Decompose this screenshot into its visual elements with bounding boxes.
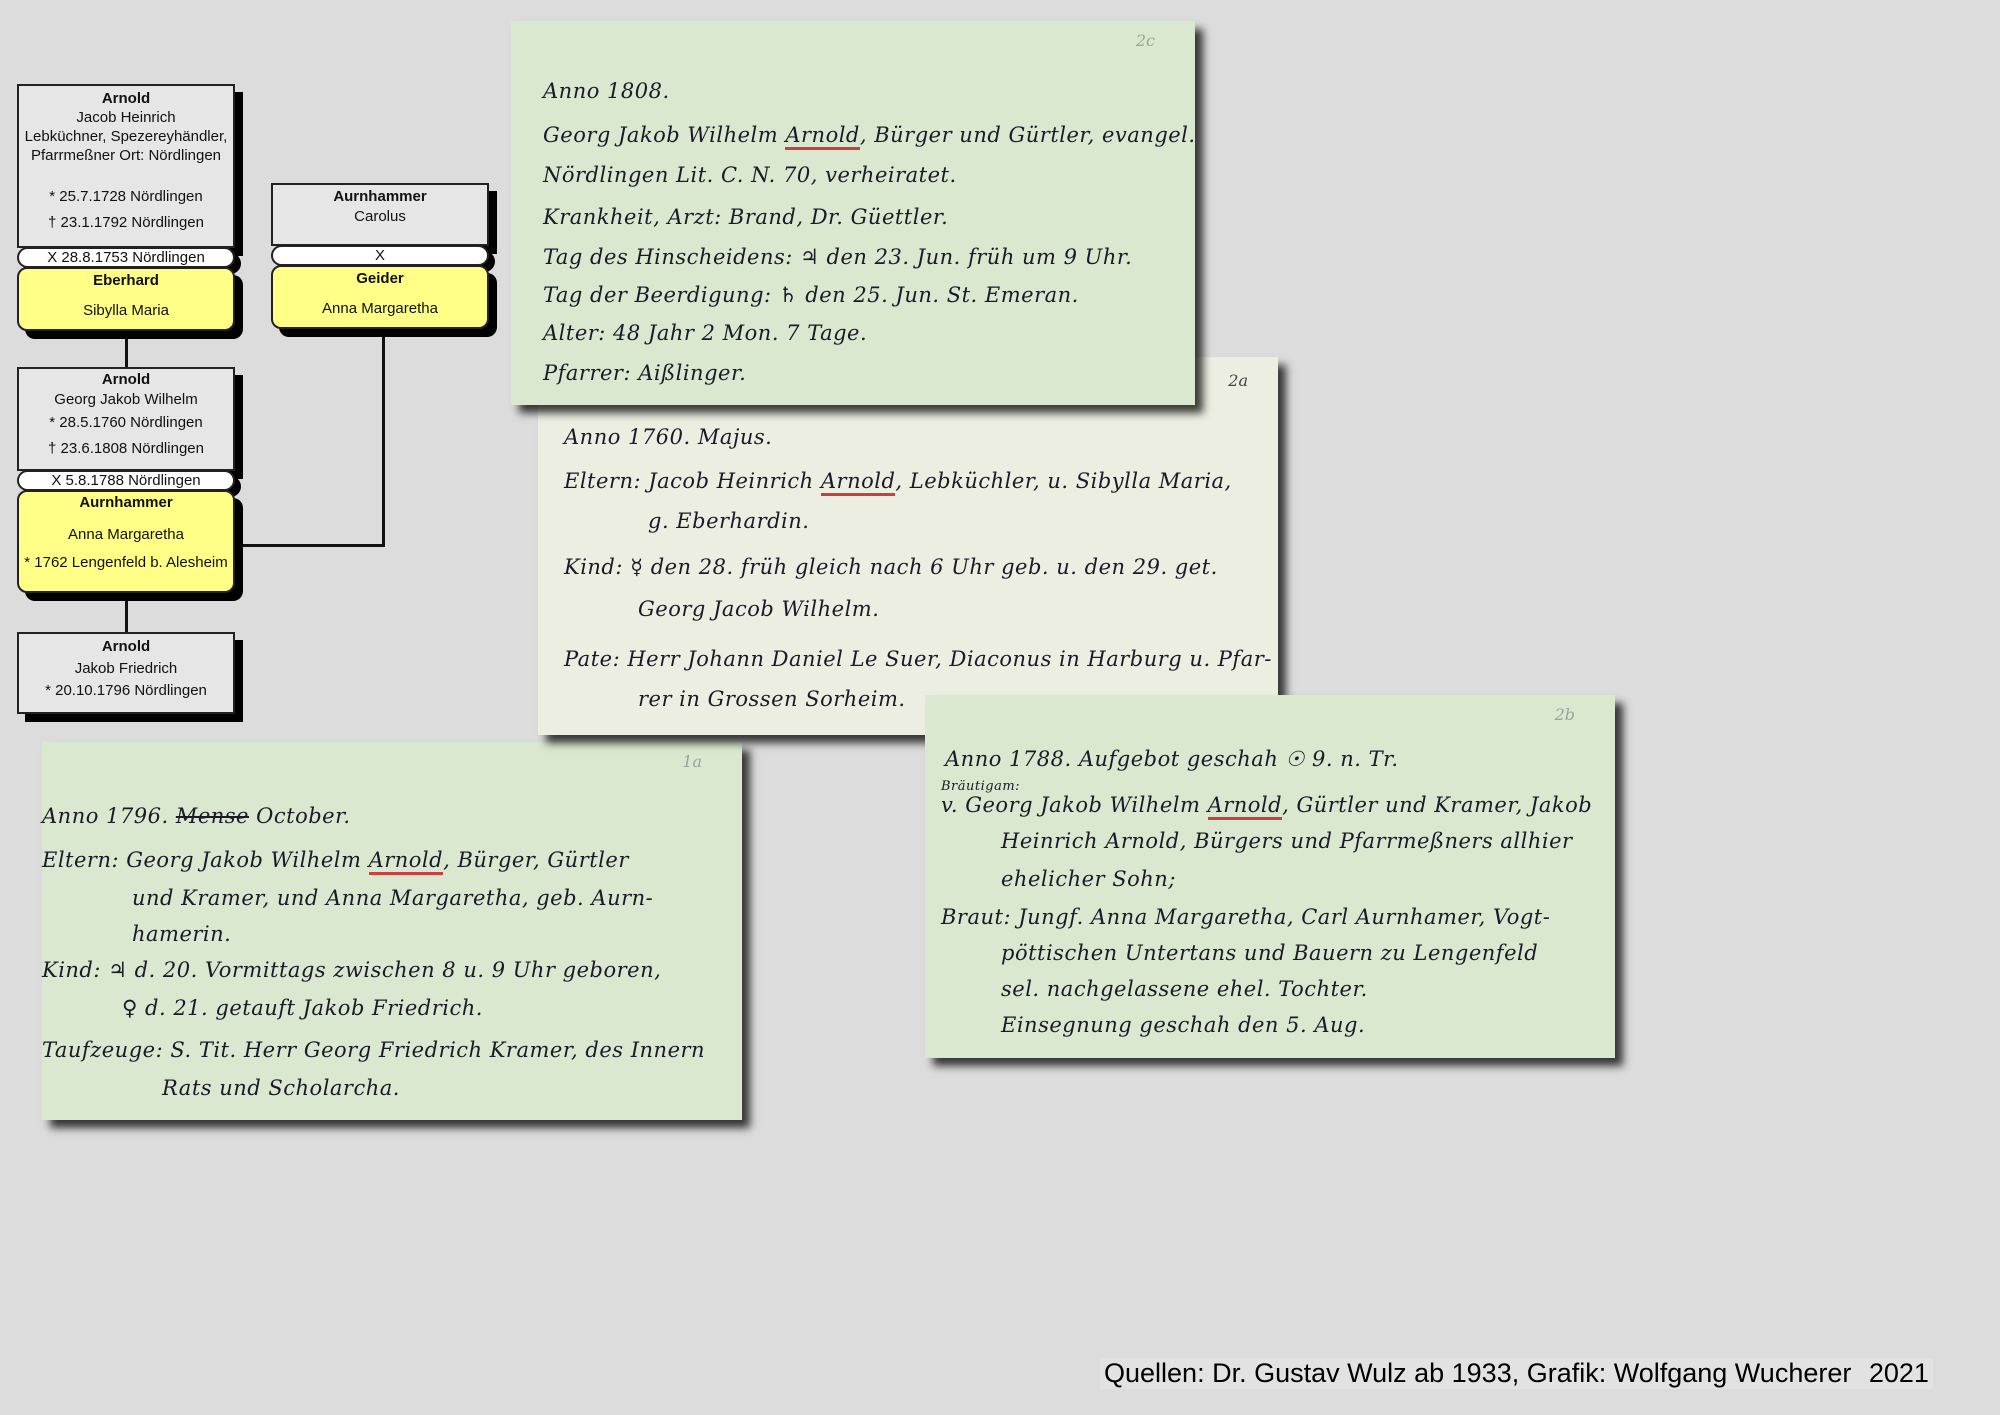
birth-date: * 28.5.1760 Nördlingen	[19, 410, 233, 436]
card-line: Anno 1760. Majus.	[564, 425, 772, 449]
card-line: Pfarrer: Aißlinger.	[543, 361, 746, 385]
card-line: Einsegnung geschah den 5. Aug.	[1001, 1013, 1365, 1037]
surname: Arnold	[19, 89, 233, 108]
given-name: Jakob Friedrich	[19, 658, 233, 680]
card-line: v. Georg Jakob Wilhelm Arnold, Gürtler u…	[941, 793, 1592, 817]
occupation: Pfarrmeßner Ort: Nördlingen	[19, 146, 233, 165]
person-box-georg-jakob-wilhelm-arnold[interactable]: Arnold Georg Jakob Wilhelm * 28.5.1760 N…	[17, 367, 235, 471]
surname: Aurnhammer	[19, 494, 233, 512]
highlighted-surname: Arnold	[369, 848, 444, 875]
card-line: Anno 1788. Aufgebot geschah ☉ 9. n. Tr.	[945, 747, 1399, 771]
card-line: Pate: Herr Johann Daniel Le Suer, Diacon…	[564, 647, 1272, 671]
page-number: 2b	[1555, 705, 1575, 724]
given-name: Sibylla Maria	[19, 291, 233, 331]
record-card-birth-1796[interactable]: 1a Anno 1796. Mense October. Eltern: Geo…	[42, 742, 742, 1120]
card-line: Rats und Scholarcha.	[162, 1076, 400, 1100]
given-name: Georg Jakob Wilhelm	[19, 390, 233, 410]
card-line: Kind: ♃ d. 20. Vormittags zwischen 8 u. …	[42, 958, 661, 982]
connector-parents-to-child	[125, 597, 128, 632]
card-line: Braut: Jungf. Anna Margaretha, Carl Aurn…	[941, 905, 1550, 929]
person-box-jakob-friedrich-arnold[interactable]: Arnold Jakob Friedrich * 20.10.1796 Nörd…	[17, 632, 235, 714]
given-name: Carolus	[273, 207, 487, 227]
marriage-label: X 5.8.1788 Nördlingen	[17, 470, 235, 491]
surname: Aurnhammer	[273, 187, 487, 207]
death-date: † 23.6.1808 Nördlingen	[19, 436, 233, 462]
card-line: Krankheit, Arzt: Brand, Dr. Güettler.	[543, 205, 948, 229]
page-number: 2a	[1228, 371, 1248, 390]
given-name: Anna Margaretha	[273, 289, 487, 329]
credits-footer: Quellen: Dr. Gustav Wulz ab 1933, Grafik…	[1100, 1358, 1933, 1389]
card-line: Bräutigam:	[941, 779, 1020, 794]
person-box-anna-margaretha-geider[interactable]: Geider Anna Margaretha	[271, 265, 489, 329]
card-line: Anno 1808.	[543, 79, 670, 103]
card-line: sel. nachgelassene ehel. Tochter.	[1001, 977, 1368, 1001]
birth-date: * 20.10.1796 Nördlingen	[19, 680, 233, 702]
person-box-sibylla-maria-eberhard[interactable]: Eberhard Sibylla Maria	[17, 267, 235, 331]
connector-maternal-grandparents-vertical	[382, 333, 385, 547]
record-card-death-1808[interactable]: 2c Anno 1808. Georg Jakob Wilhelm Arnold…	[511, 21, 1195, 405]
page-number: 1a	[682, 752, 702, 771]
card-line: Georg Jakob Wilhelm Arnold, Bürger und G…	[543, 123, 1196, 147]
credits-text: Quellen: Dr. Gustav Wulz ab 1933, Grafik…	[1104, 1358, 1851, 1388]
page-number: 2c	[1136, 31, 1155, 50]
card-line: und Kramer, und Anna Margaretha, geb. Au…	[132, 886, 653, 910]
connector-maternal-grandparents-horizontal	[237, 544, 385, 547]
card-line: Taufzeuge: S. Tit. Herr Georg Friedrich …	[42, 1038, 705, 1062]
struck-word: Mense	[176, 804, 249, 828]
card-line: Tag der Beerdigung: ♄ den 25. Jun. St. E…	[543, 283, 1079, 307]
card-line: Anno 1796. Mense October.	[42, 804, 351, 828]
card-line: Eltern: Georg Jakob Wilhelm Arnold, Bürg…	[42, 848, 629, 872]
card-line: ♀ d. 21. getauft Jakob Friedrich.	[122, 996, 483, 1020]
card-line: Eltern: Jacob Heinrich Arnold, Lebküchle…	[564, 469, 1232, 493]
person-box-jacob-heinrich-arnold[interactable]: Arnold Jacob Heinrich Lebküchner, Spezer…	[17, 84, 235, 248]
record-card-birth-1760[interactable]: 2a Anno 1760. Majus. Eltern: Jacob Heinr…	[538, 357, 1278, 735]
death-date: † 23.1.1792 Nördlingen	[19, 210, 233, 236]
card-line: Kind: ☿ den 28. früh gleich nach 6 Uhr g…	[564, 555, 1218, 579]
card-line: Tag des Hinscheidens: ♃ den 23. Jun. frü…	[543, 245, 1132, 269]
birth-date: * 25.7.1728 Nördlingen	[19, 184, 233, 210]
card-line: hamerin.	[132, 922, 231, 946]
year: 2021	[1869, 1358, 1929, 1388]
person-box-anna-margaretha-aurnhammer[interactable]: Aurnhammer Anna Margaretha * 1762 Lengen…	[17, 490, 235, 593]
card-line: g. Eberhardin.	[648, 509, 809, 533]
marriage-label: X 28.8.1753 Nördlingen	[17, 247, 235, 268]
card-line: Alter: 48 Jahr 2 Mon. 7 Tage.	[543, 321, 867, 345]
surname: Arnold	[19, 636, 233, 658]
birth-date: * 1762 Lengenfeld b. Alesheim	[19, 550, 233, 576]
connector-grandparents-to-father	[125, 335, 128, 368]
highlighted-surname: Arnold	[1208, 793, 1283, 820]
surname: Eberhard	[19, 271, 233, 291]
highlighted-surname: Arnold	[785, 123, 860, 150]
card-line: Nördlingen Lit. C. N. 70, verheiratet.	[543, 163, 957, 187]
record-card-marriage-1788[interactable]: 2b Anno 1788. Aufgebot geschah ☉ 9. n. T…	[925, 695, 1615, 1058]
marriage-label: X	[271, 245, 489, 266]
card-line: pöttischen Untertans und Bauern zu Lenge…	[1001, 941, 1538, 965]
card-line: Heinrich Arnold, Bürgers und Pfarrmeßner…	[1001, 829, 1573, 853]
given-name: Jacob Heinrich	[19, 108, 233, 127]
highlighted-surname: Arnold	[821, 469, 896, 496]
surname: Arnold	[19, 370, 233, 390]
given-name: Anna Margaretha	[19, 512, 233, 550]
occupation: Lebküchner, Spezereyhändler,	[19, 127, 233, 146]
surname: Geider	[273, 269, 487, 289]
card-line: rer in Grossen Sorheim.	[638, 687, 906, 711]
card-line: ehelicher Sohn;	[1001, 867, 1176, 891]
person-box-carolus-aurnhammer[interactable]: Aurnhammer Carolus	[271, 183, 489, 246]
card-line: Georg Jacob Wilhelm.	[638, 597, 879, 621]
